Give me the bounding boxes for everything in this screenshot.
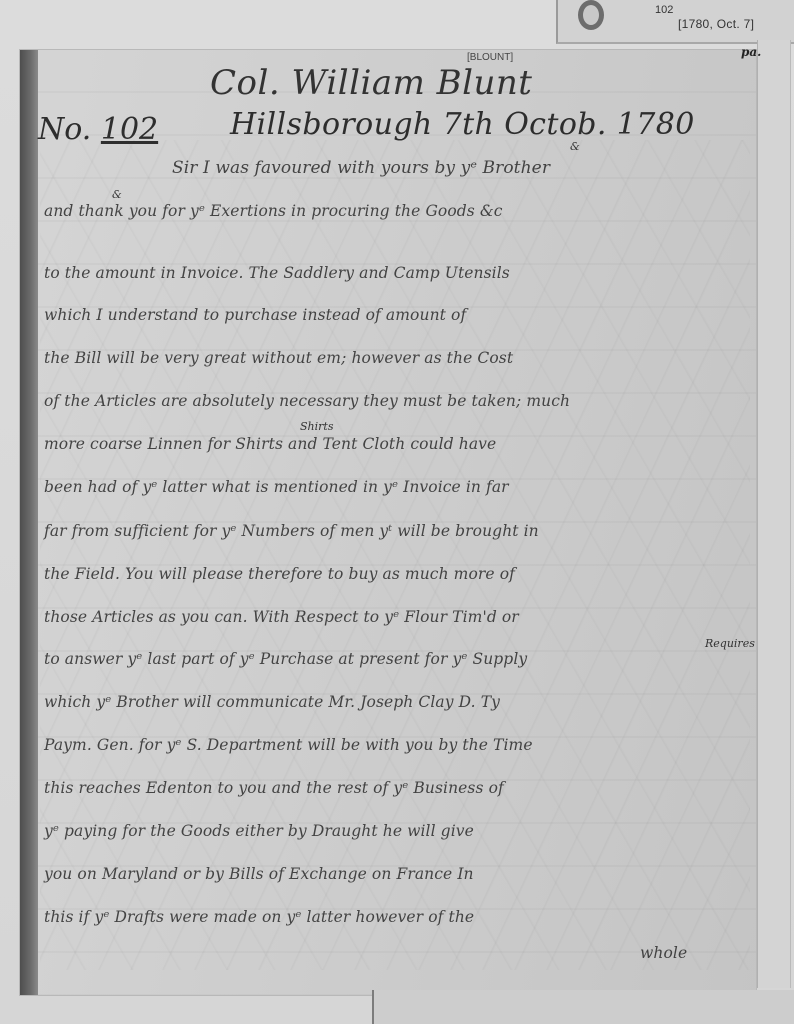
- body-line: the Field. You will please therefore to …: [44, 565, 515, 583]
- body-line: been had of yᵉ latter what is mentioned …: [44, 478, 509, 496]
- page-marker: pa.: [741, 45, 761, 59]
- body-line: yᵉ paying for the Goods either by Draugh…: [44, 822, 474, 840]
- body-line: of the Articles are absolutely necessary…: [44, 392, 570, 410]
- body-line: the Bill will be very great without em; …: [44, 349, 513, 367]
- body-line-catchword: whole: [640, 944, 687, 962]
- interlinear-note: &: [112, 188, 122, 201]
- body-line: those Articles as you can. With Respect …: [44, 608, 519, 626]
- place-and-date: Hillsborough 7th Octob. 1780: [230, 107, 695, 142]
- body-line: this reaches Edenton to you and the rest…: [44, 779, 504, 797]
- interlinear-note: Shirts: [300, 420, 333, 433]
- document-number-prefix: No.: [38, 112, 91, 147]
- mount-right-margin: [757, 40, 791, 988]
- archive-date-bracket: [1780, Oct. 7]: [678, 17, 754, 31]
- body-line: which yᵉ Brother will communicate Mr. Jo…: [44, 693, 500, 711]
- archive-item-number: 102: [655, 4, 673, 16]
- addressee-heading: Col. William Blunt: [210, 63, 532, 103]
- document-number-value: 102: [101, 112, 158, 147]
- body-line: you on Maryland or by Bills of Exchange …: [44, 865, 474, 883]
- body-line: and thank you for yᵉ Exertions in procur…: [44, 202, 503, 220]
- document-number: No. 102: [38, 112, 158, 147]
- body-line: to the amount in Invoice. The Saddlery a…: [44, 264, 510, 282]
- body-line: far from sufficient for yᵉ Numbers of me…: [44, 522, 539, 540]
- interlinear-note: Requires: [705, 637, 755, 650]
- body-line: to answer yᵉ last part of yᵉ Purchase at…: [44, 650, 527, 668]
- body-line: more coarse Linnen for Shirts and Tent C…: [44, 435, 496, 453]
- mount-bottom-card: [372, 990, 794, 1024]
- punch-hole-icon: [578, 0, 604, 30]
- addressee-annotation: [BLOUNT]: [467, 52, 513, 63]
- body-line: Sir I was favoured with yours by yᵉ Brot…: [172, 158, 550, 178]
- body-line: this if yᵉ Drafts were made on yᵉ latter…: [44, 908, 474, 926]
- binding-shadow: [20, 50, 38, 995]
- interlinear-note: &: [570, 140, 580, 153]
- body-line: which I understand to purchase instead o…: [44, 306, 466, 324]
- body-line: Paym. Gen. for yᵉ S. Department will be …: [44, 736, 533, 754]
